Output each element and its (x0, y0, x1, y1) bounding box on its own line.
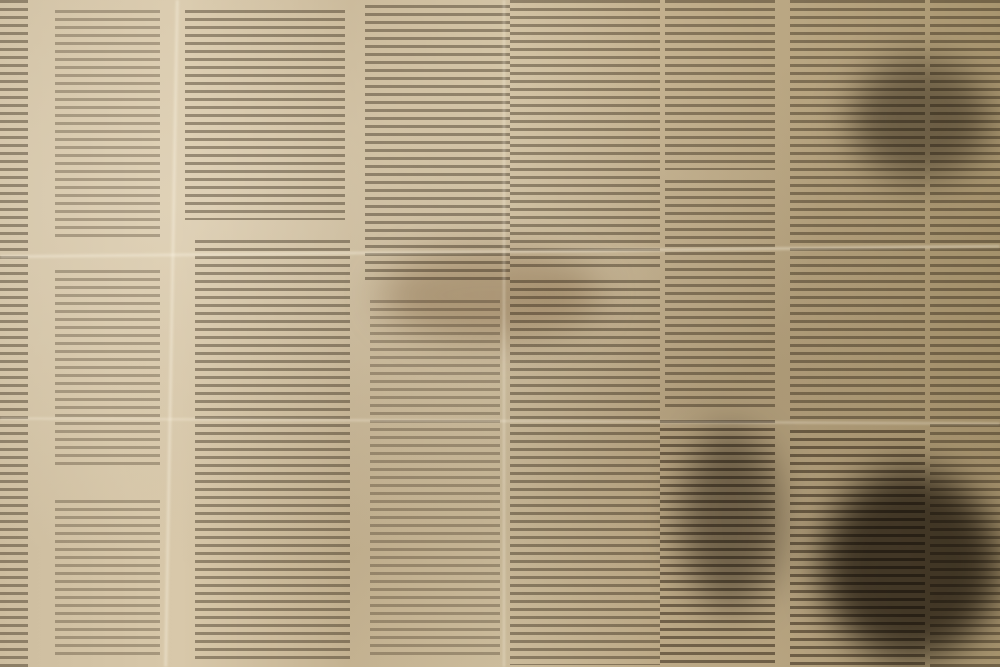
newspaper-texture: Aged newspaper collage texture with ille… (0, 0, 1000, 667)
text-column (365, 5, 510, 285)
paper-stain (380, 250, 600, 340)
paper-crease (503, 0, 505, 667)
text-column (55, 270, 160, 470)
text-column (195, 240, 350, 660)
text-column (55, 10, 160, 240)
text-column (510, 280, 660, 665)
text-column (665, 0, 775, 170)
text-column (665, 180, 775, 410)
text-column (185, 10, 345, 220)
text-column (55, 500, 160, 660)
ink-stain (680, 430, 780, 610)
text-column (0, 0, 28, 667)
text-column (510, 0, 660, 270)
paper-crease (164, 0, 179, 667)
ink-stain (850, 60, 990, 180)
ink-stain (820, 470, 1000, 660)
text-column (370, 300, 500, 660)
